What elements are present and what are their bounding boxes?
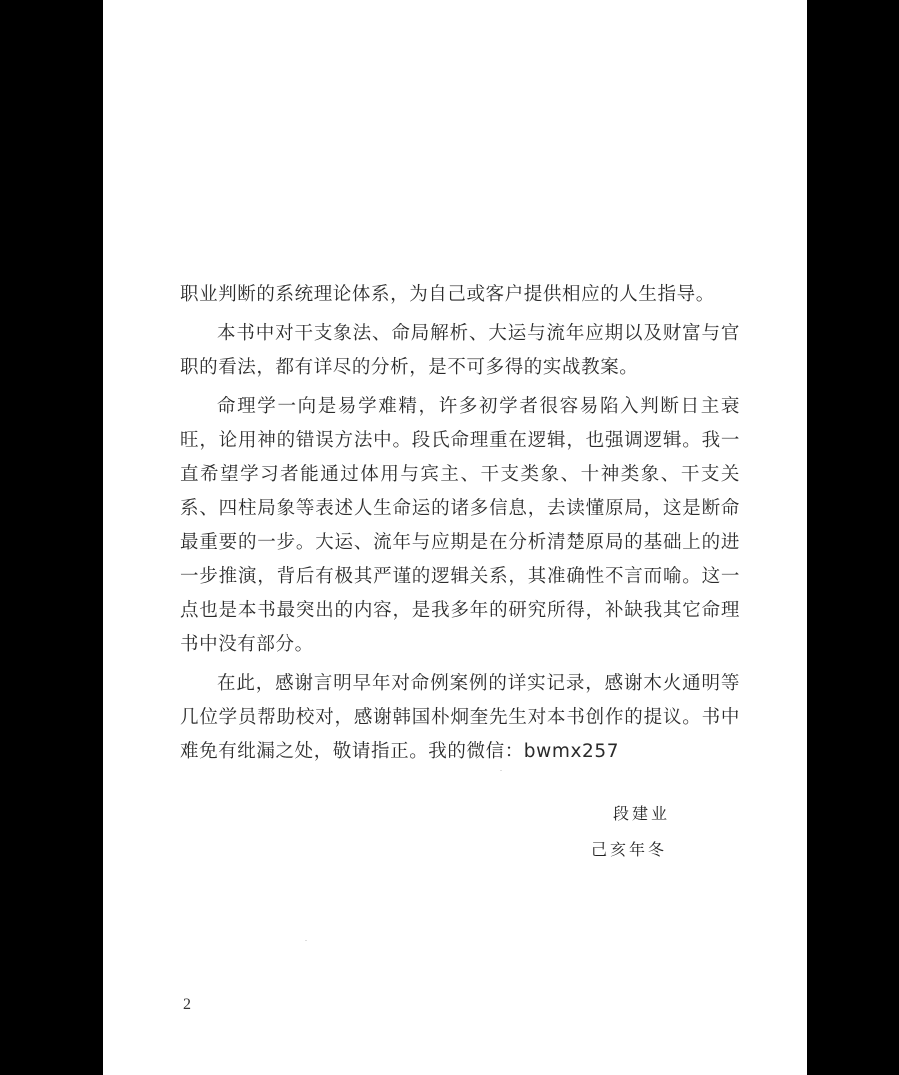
page-number: 2 [183, 996, 191, 1014]
page-body-text: 职业判断的系统理论体系，为自己或客户提供相应的人生指导。 本书中对干支象法、命局… [180, 278, 740, 774]
signature-author: 段建业 [591, 796, 670, 832]
signature-block: 段建业 己亥年冬 [591, 796, 670, 868]
paragraph-3: 命理学一向是易学难精，许多初学者很容易陷入判断日主衰旺，论用神的错误方法中。段氏… [180, 390, 740, 662]
signature-date: 己亥年冬 [591, 832, 670, 868]
paragraph-2: 本书中对干支象法、命局解析、大运与流年应期以及财富与官职的看法，都有详尽的分析，… [180, 317, 740, 385]
scan-speck [500, 770, 502, 771]
paragraph-4: 在此，感谢言明早年对命例案例的详实记录，感谢木火通明等几位学员帮助校对，感谢韩国… [180, 667, 740, 769]
book-page: 职业判断的系统理论体系，为自己或客户提供相应的人生指导。 本书中对干支象法、命局… [103, 0, 807, 1075]
paragraph-1: 职业判断的系统理论体系，为自己或客户提供相应的人生指导。 [180, 278, 740, 312]
scan-speck [305, 940, 307, 941]
document-viewer: 职业判断的系统理论体系，为自己或客户提供相应的人生指导。 本书中对干支象法、命局… [0, 0, 899, 1075]
